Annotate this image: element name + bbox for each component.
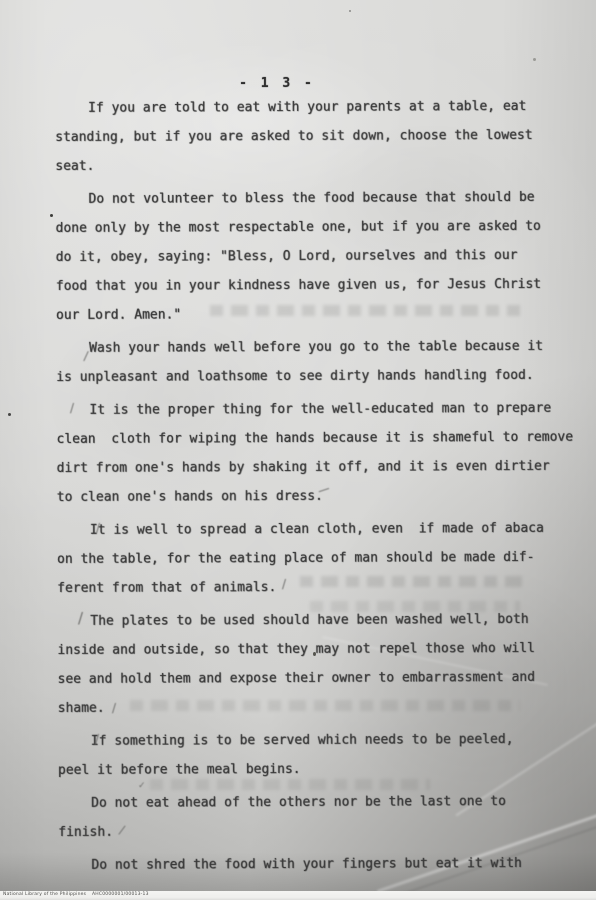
page-number: - 1 3 -	[234, 76, 320, 91]
text-line: to clean one's hands on his dress.	[57, 481, 577, 512]
archive-footer-code: AHC0000001/00013-13	[92, 892, 149, 898]
text-line: It is well to spread a clean cloth, even…	[57, 514, 577, 545]
text-line: dirt from one's hands by shaking it off,…	[57, 452, 577, 483]
text-line: our Lord. Amen."	[56, 299, 576, 330]
archive-footer-label: National Library of the Philippines	[3, 892, 86, 898]
text-line: standing, but if you are asked to sit do…	[55, 121, 575, 152]
text-line: is unpleasant and loathsome to see dirty…	[56, 361, 576, 392]
scanned-page: - 1 3 - If you are told to eat with your…	[0, 0, 596, 900]
paragraph: It is the proper thing for the well-educ…	[56, 394, 577, 512]
paragraph: Wash your hands well before you go to th…	[56, 332, 576, 392]
paragraph: Do not volunteer to bless the food becau…	[55, 183, 576, 330]
ink-speck	[349, 10, 351, 12]
text-line: If something is to be served which needs…	[58, 725, 578, 756]
text-line: seat.	[55, 150, 575, 181]
text-line: Do not eat ahead of the others nor be th…	[58, 787, 578, 818]
ink-speck	[8, 413, 11, 416]
text-line: clean cloth for wiping the hands because…	[56, 423, 576, 454]
text-line: It is the proper thing for the well-educ…	[56, 394, 576, 425]
paragraph: Do not eat ahead of the others nor be th…	[58, 787, 578, 847]
text-line: Do not shred the food with your fingers …	[58, 849, 578, 880]
document-body: If you are told to eat with your parents…	[55, 92, 578, 884]
ink-speck	[533, 58, 536, 61]
text-line: If you are told to eat with your parents…	[55, 92, 575, 123]
text-line: done only by the most respectable one, b…	[56, 212, 576, 243]
paragraph: It is well to spread a clean cloth, even…	[57, 514, 577, 603]
text-line: peel it before the meal begins.	[58, 754, 578, 785]
text-line: do it, obey, saying: "Bless, O Lord, our…	[56, 241, 576, 272]
text-line: on the table, for the eating place of ma…	[57, 543, 577, 574]
paragraph: Do not shred the food with your fingers …	[58, 849, 578, 880]
paragraph: If you are told to eat with your parents…	[55, 92, 575, 181]
ink-speck	[50, 214, 53, 217]
text-line: Do not volunteer to bless the food becau…	[55, 183, 575, 214]
text-line: shame.	[58, 692, 578, 723]
text-line: food that you in your kindness have give…	[56, 270, 576, 301]
paragraph: If something is to be served which needs…	[58, 725, 578, 785]
text-line: see and hold them and expose their owner…	[57, 663, 577, 694]
text-line: inside and outside, so that they may not…	[57, 634, 577, 665]
text-line: Wash your hands well before you go to th…	[56, 332, 576, 363]
text-line: finish.	[58, 816, 578, 847]
text-line: The plates to be used should have been w…	[57, 605, 577, 636]
paragraph: The plates to be used should have been w…	[57, 605, 578, 723]
archive-footer-strip: National Library of the Philippines AHC0…	[0, 891, 596, 900]
text-line: ferent from that of animals.	[57, 572, 577, 603]
